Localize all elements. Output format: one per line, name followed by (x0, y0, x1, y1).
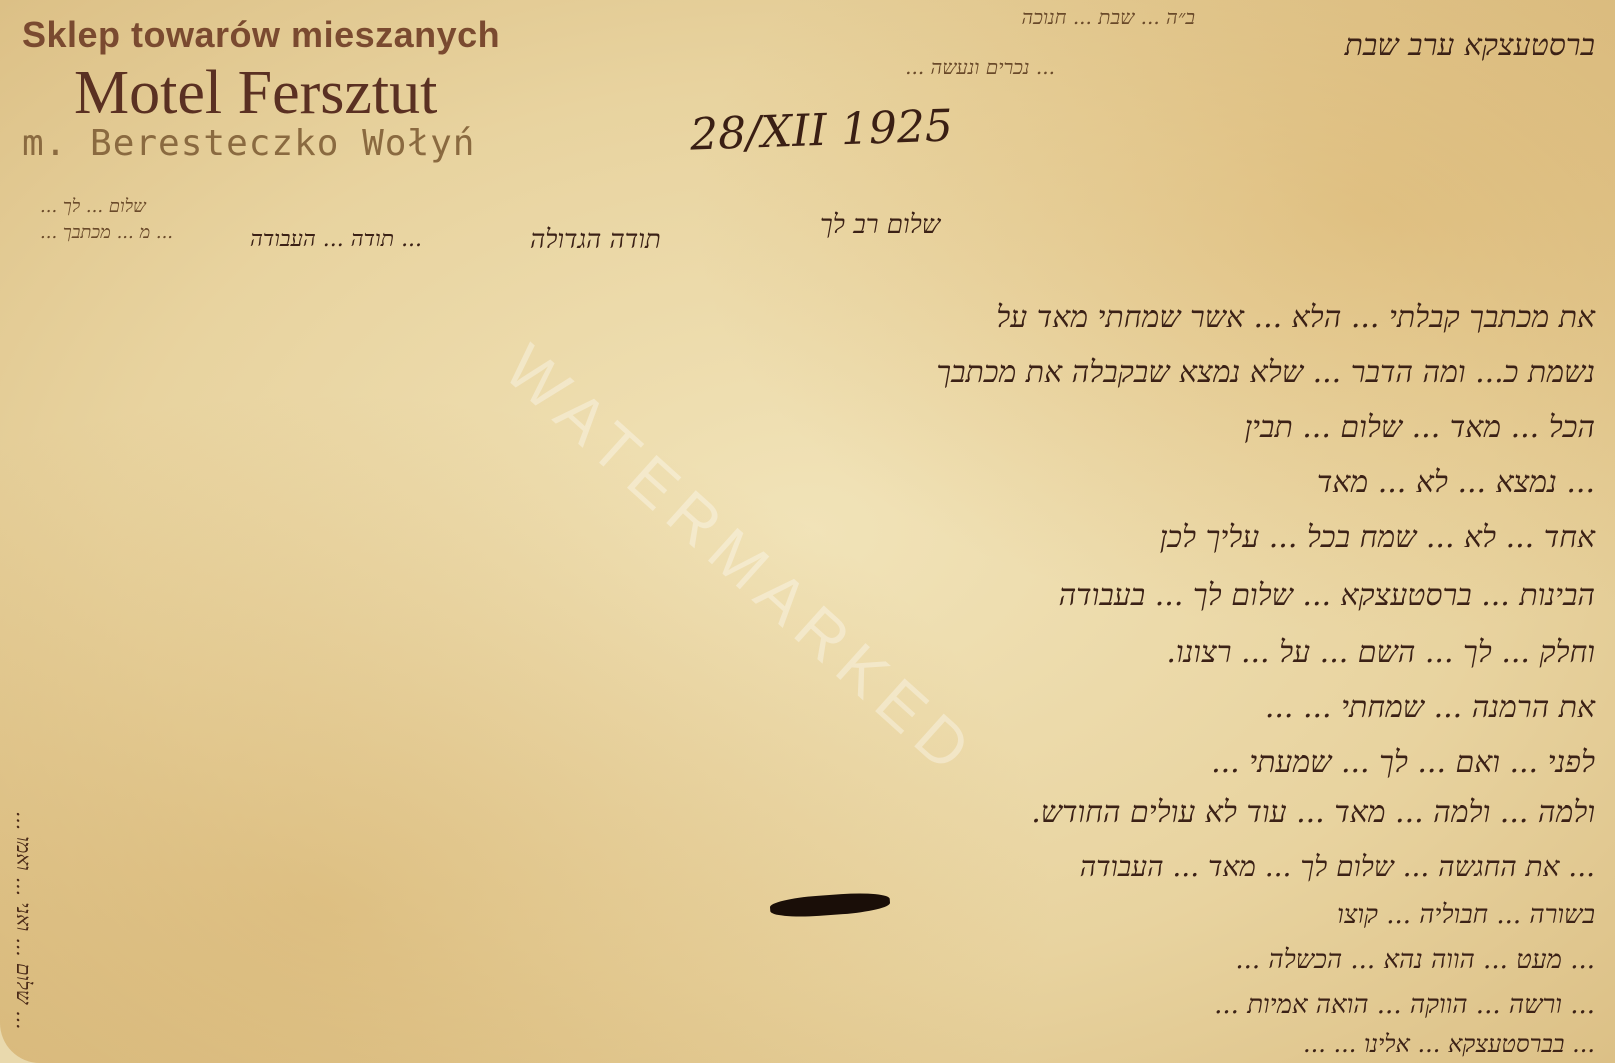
watermark: WATERMARKED (490, 330, 991, 792)
body-line-8: את הרמנה ... שמחתי ... ... (1265, 690, 1595, 725)
header-place-day: ברסטעצקא ערב שבת (1345, 28, 1595, 63)
ink-blot (769, 891, 890, 919)
body-line-4: ... נמצא ... לא ... מאד (1317, 465, 1595, 500)
body-line-13: ... מעט ... הווה נהא ... הכשלה ... (1235, 945, 1595, 975)
body-line-5: אחד ... לא ... שמח בכל ... עליך לכן (1160, 520, 1595, 555)
body-line-7: וחלק ... לך ... השם ... על ... רצונו. (1166, 635, 1595, 670)
stamp-town: m. Beresteczko Wołyń (22, 123, 500, 164)
left-margin-text: ... שלום ... ואני ... ואמו ... (12, 230, 36, 1030)
stamp-owner-name: Motel Fersztut (74, 58, 500, 129)
body-line-3: הכל ... מאד ... שלום ... תבין (1244, 410, 1595, 445)
left-note-1: שלום ... לך ... (40, 196, 146, 217)
body-line-1: את מכתבך קבלתי ... הלא ... אשר שמחתי מאד… (996, 300, 1595, 335)
body-line-2: נשמת כ... ומה הדבר ... שלא נמצא שבקבלה א… (936, 355, 1595, 390)
postcard: Sklep towarów mieszanych Motel Fersztut … (0, 0, 1615, 1063)
salutation-extra: תודה הגדולה (530, 225, 661, 255)
shop-stamp: Sklep towarów mieszanych Motel Fersztut … (22, 14, 500, 164)
letter-date: 28/XII 1925 (689, 100, 953, 160)
stamp-shop-type: Sklep towarów mieszanych (22, 14, 500, 56)
body-line-12: בשורה ... חבוליה ... קוצו (1337, 900, 1595, 930)
body-line-9: לפני ... ואם ... לך ... שמעתי ... (1211, 745, 1595, 780)
body-line-15: ... בברסטעצקא ... אלינו ... ... (1303, 1030, 1595, 1059)
left-note-3: ... תודה ... העבודה (250, 226, 422, 252)
body-line-6: הבינות ... ברסטעצקא ... שלום לך ... בעבו… (1059, 578, 1595, 613)
body-line-10: ולמה ... ולמה ... מאד ... עוד לא עולים ה… (1031, 795, 1595, 830)
left-note-2: ... מ ... מכתבך ... (40, 222, 173, 243)
salutation: שלום רב לך (820, 210, 940, 240)
body-line-11: ... את החגשה ... שלום לך ... מאד ... העב… (1080, 850, 1595, 884)
body-line-14: ... ורשה ... הווקה ... הואה אמיות ... (1214, 990, 1595, 1020)
top-note-2: ... נכרים ונעשה ... (905, 55, 1055, 80)
top-note-1: ב״ה ... שבת ... חנוכה (1022, 5, 1195, 30)
